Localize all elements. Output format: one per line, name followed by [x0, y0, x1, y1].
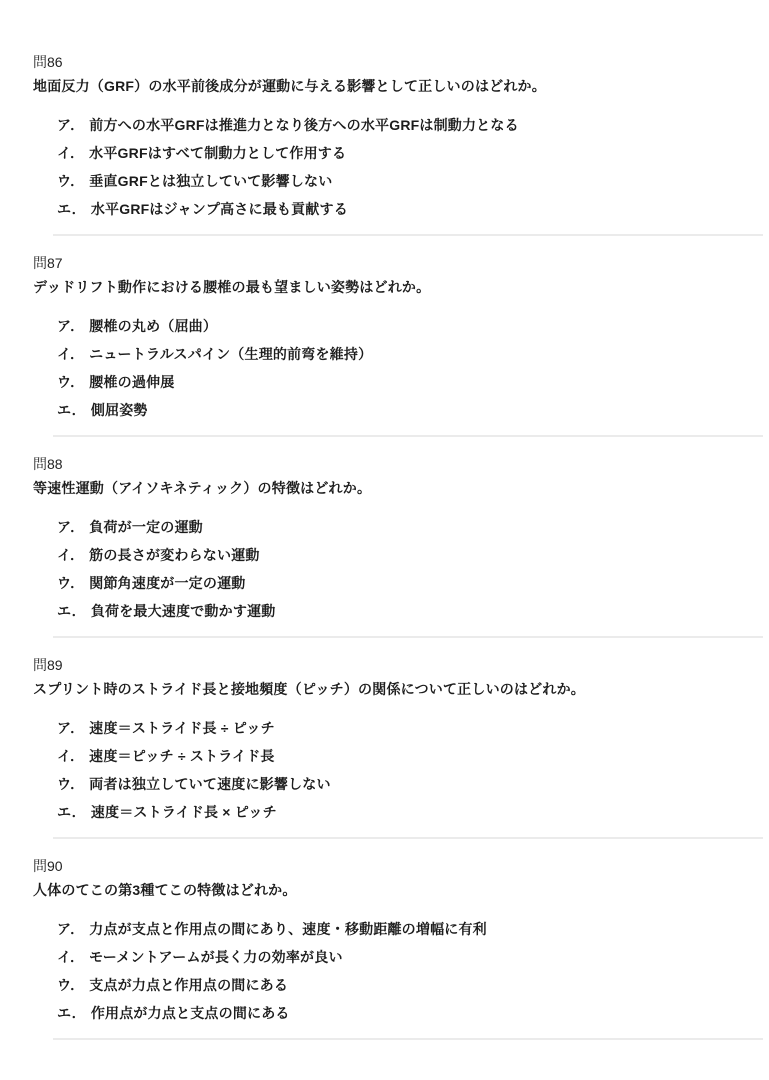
option-label: ウ．: [57, 374, 84, 390]
option-text: 両者は独立していて速度に影響しない: [89, 776, 330, 792]
option-label: ウ．: [57, 173, 84, 189]
question-block-88: 問88 等速性運動（アイソキネティック）の特徴はどれか。 ア．負荷が一定の運動 …: [33, 456, 763, 638]
option-text: 腰椎の過伸展: [89, 374, 174, 390]
option-label: イ．: [57, 949, 84, 965]
section-divider: [53, 636, 763, 638]
option-label: エ．: [57, 804, 86, 820]
option-label: ウ．: [57, 575, 84, 591]
option-text: 関節角速度が一定の運動: [89, 575, 245, 591]
question-block-87: 問87 デッドリフト動作における腰椎の最も望ましい姿勢はどれか。 ア．腰椎の丸め…: [33, 255, 763, 437]
option-text: 側屈姿勢: [91, 402, 148, 418]
option-label: イ．: [57, 748, 84, 764]
option-u: ウ．支点が力点と作用点の間にある: [57, 971, 763, 999]
section-divider: [53, 837, 763, 839]
question-block-89: 問89 スプリント時のストライド長と接地頻度（ピッチ）の関係について正しいのはど…: [33, 657, 763, 839]
question-number: 問88: [33, 456, 763, 472]
option-label: エ．: [57, 603, 86, 619]
option-text: 垂直GRFとは独立していて影響しない: [89, 173, 332, 189]
exam-page: 問86 地面反力（GRF）の水平前後成分が運動に与える影響として正しいのはどれか…: [0, 0, 769, 1069]
question-number: 問89: [33, 657, 763, 673]
option-i: イ．ニュートラルスパイン（生理的前弯を維持）: [57, 340, 763, 368]
option-text: 速度＝ストライド長 ÷ ピッチ: [89, 720, 274, 736]
option-label: エ．: [57, 1005, 86, 1021]
option-i: イ．速度＝ピッチ ÷ ストライド長: [57, 742, 763, 770]
option-i: イ．モーメントアームが長く力の効率が良い: [57, 943, 763, 971]
question-text: 人体のてこの第3種てこの特徴はどれか。: [33, 882, 763, 899]
options-list: ア．前方への水平GRFは推進力となり後方への水平GRFは制動力となる イ．水平G…: [33, 111, 763, 223]
options-list: ア．力点が支点と作用点の間にあり、速度・移動距離の増幅に有利 イ．モーメントアー…: [33, 915, 763, 1027]
question-number: 問86: [33, 54, 763, 70]
option-label: ウ．: [57, 977, 84, 993]
option-a: ア．負荷が一定の運動: [57, 513, 763, 541]
question-text: デッドリフト動作における腰椎の最も望ましい姿勢はどれか。: [33, 279, 763, 296]
option-text: 水平GRFはジャンプ高さに最も貢献する: [91, 201, 348, 217]
option-u: ウ．腰椎の過伸展: [57, 368, 763, 396]
option-label: ア．: [57, 318, 84, 334]
option-e: エ．側屈姿勢: [57, 396, 763, 424]
option-text: 負荷が一定の運動: [89, 519, 203, 535]
option-u: ウ．関節角速度が一定の運動: [57, 569, 763, 597]
option-e: エ．速度＝ストライド長 × ピッチ: [57, 798, 763, 826]
options-list: ア．負荷が一定の運動 イ．筋の長さが変わらない運動 ウ．関節角速度が一定の運動 …: [33, 513, 763, 625]
option-label: エ．: [57, 402, 86, 418]
option-u: ウ．垂直GRFとは独立していて影響しない: [57, 167, 763, 195]
option-label: ア．: [57, 117, 84, 133]
option-i: イ．水平GRFはすべて制動力として作用する: [57, 139, 763, 167]
question-text: 地面反力（GRF）の水平前後成分が運動に与える影響として正しいのはどれか。: [33, 78, 763, 95]
option-a: ア．力点が支点と作用点の間にあり、速度・移動距離の増幅に有利: [57, 915, 763, 943]
option-text: 腰椎の丸め（屈曲）: [89, 318, 217, 334]
option-a: ア．速度＝ストライド長 ÷ ピッチ: [57, 714, 763, 742]
option-label: イ．: [57, 145, 84, 161]
question-block-86: 問86 地面反力（GRF）の水平前後成分が運動に与える影響として正しいのはどれか…: [33, 54, 763, 236]
options-list: ア．腰椎の丸め（屈曲） イ．ニュートラルスパイン（生理的前弯を維持） ウ．腰椎の…: [33, 312, 763, 424]
option-e: エ．作用点が力点と支点の間にある: [57, 999, 763, 1027]
option-label: ア．: [57, 720, 84, 736]
option-e: エ．負荷を最大速度で動かす運動: [57, 597, 763, 625]
question-block-90: 問90 人体のてこの第3種てこの特徴はどれか。 ア．力点が支点と作用点の間にあり…: [33, 858, 763, 1040]
option-label: イ．: [57, 547, 84, 563]
option-label: ウ．: [57, 776, 84, 792]
section-divider: [53, 435, 763, 437]
option-e: エ．水平GRFはジャンプ高さに最も貢献する: [57, 195, 763, 223]
section-divider: [53, 1038, 763, 1040]
option-text: 負荷を最大速度で動かす運動: [91, 603, 276, 619]
option-a: ア．腰椎の丸め（屈曲）: [57, 312, 763, 340]
question-text: スプリント時のストライド長と接地頻度（ピッチ）の関係について正しいのはどれか。: [33, 681, 763, 698]
option-text: 速度＝ピッチ ÷ ストライド長: [89, 748, 274, 764]
question-number: 問90: [33, 858, 763, 874]
option-u: ウ．両者は独立していて速度に影響しない: [57, 770, 763, 798]
option-label: ア．: [57, 921, 84, 937]
question-text: 等速性運動（アイソキネティック）の特徴はどれか。: [33, 480, 763, 497]
option-text: 支点が力点と作用点の間にある: [89, 977, 288, 993]
option-text: 筋の長さが変わらない運動: [89, 547, 259, 563]
option-text: 力点が支点と作用点の間にあり、速度・移動距離の増幅に有利: [89, 921, 487, 937]
option-label: ア．: [57, 519, 84, 535]
option-text: 速度＝ストライド長 × ピッチ: [91, 804, 277, 820]
document-page: { "page": { "background": "#ffffff", "te…: [0, 0, 769, 1080]
option-text: 水平GRFはすべて制動力として作用する: [89, 145, 346, 161]
option-i: イ．筋の長さが変わらない運動: [57, 541, 763, 569]
option-a: ア．前方への水平GRFは推進力となり後方への水平GRFは制動力となる: [57, 111, 763, 139]
section-divider: [53, 234, 763, 236]
option-text: 前方への水平GRFは推進力となり後方への水平GRFは制動力となる: [89, 117, 519, 133]
option-text: モーメントアームが長く力の効率が良い: [89, 949, 343, 965]
options-list: ア．速度＝ストライド長 ÷ ピッチ イ．速度＝ピッチ ÷ ストライド長 ウ．両者…: [33, 714, 763, 826]
option-label: イ．: [57, 346, 84, 362]
option-label: エ．: [57, 201, 86, 217]
option-text: ニュートラルスパイン（生理的前弯を維持）: [89, 346, 372, 362]
option-text: 作用点が力点と支点の間にある: [91, 1005, 290, 1021]
question-number: 問87: [33, 255, 763, 271]
